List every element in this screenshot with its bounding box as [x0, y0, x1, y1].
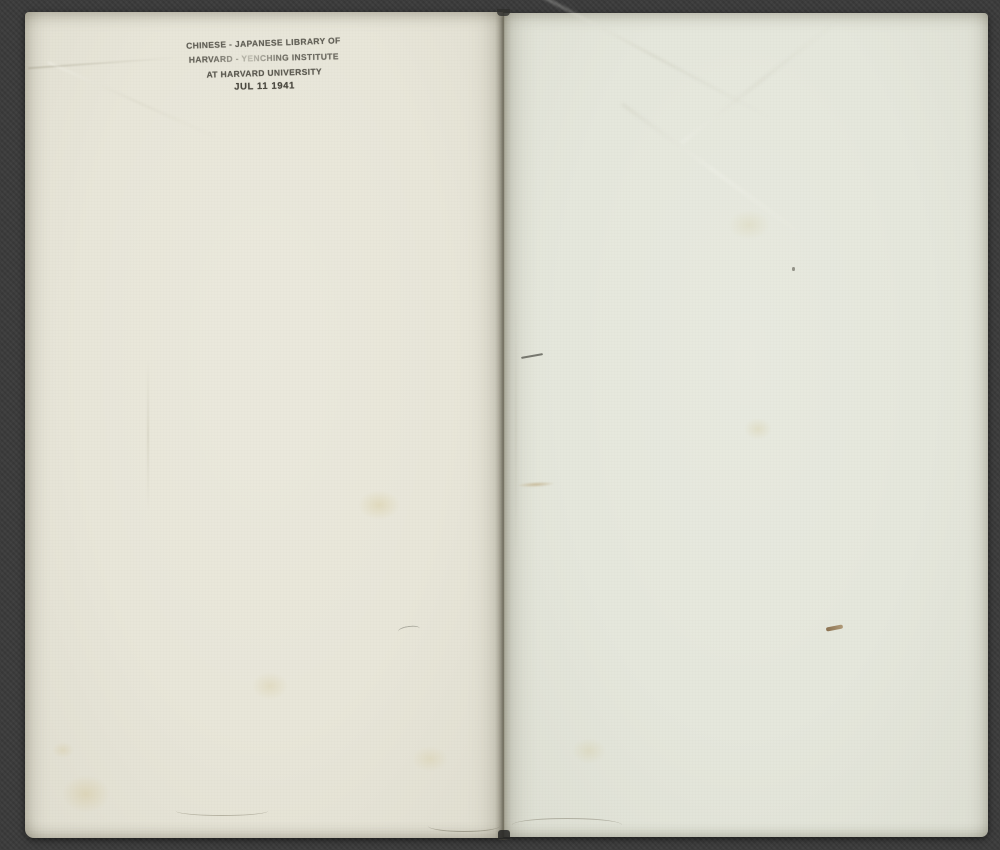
- book-page-left: [25, 12, 503, 838]
- book-page-right: [503, 13, 988, 837]
- gutter-notch-top: [497, 9, 510, 16]
- scan-background: CHINESE - JAPANESE LIBRARY OF HARVARD - …: [0, 0, 1000, 850]
- gutter-notch-bottom: [498, 830, 510, 839]
- book-gutter-line: [503, 10, 504, 838]
- library-stamp: CHINESE - JAPANESE LIBRARY OF HARVARD - …: [173, 33, 355, 97]
